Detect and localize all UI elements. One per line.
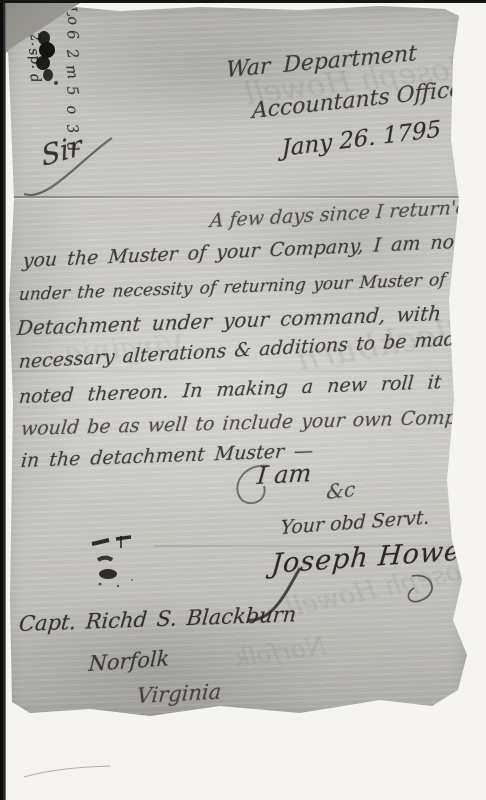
body-line: you the Muster of your Company, I am now xyxy=(22,230,471,272)
closing-i-am: I am xyxy=(256,459,313,490)
scan-border-top xyxy=(0,0,486,3)
closing-etc: &c xyxy=(326,477,356,504)
scanner-scratch xyxy=(22,763,114,781)
docket-glyph: o xyxy=(63,104,80,116)
scanned-letter-page: Joseph Howell Capt. Richd S. Blackburn J… xyxy=(0,0,486,800)
body-line: noted thereon. In making a new roll it xyxy=(18,371,442,408)
ink-blot-marks xyxy=(88,534,144,592)
header-date: Jany 26. 1795 xyxy=(282,116,442,162)
letter-paper-sheet: Joseph Howell Capt. Richd S. Blackburn J… xyxy=(4,2,470,720)
body-line: under the necessity of returning your Mu… xyxy=(18,269,482,305)
ink-blot xyxy=(32,28,66,90)
body-line: A few days since I return'd xyxy=(209,196,469,232)
address-city: Norfolk xyxy=(88,646,170,676)
scan-border-left xyxy=(0,0,6,800)
bleed-through-text: Norfolk xyxy=(233,632,328,673)
fold-crease xyxy=(12,370,454,372)
address-recipient: Capt. Richd S. Blackburn xyxy=(18,602,297,636)
closing-obedient-servant: Your obd Servt. xyxy=(280,506,430,539)
body-line: would be as well to include your own Com… xyxy=(20,406,486,440)
address-state: Virginia xyxy=(136,679,222,708)
